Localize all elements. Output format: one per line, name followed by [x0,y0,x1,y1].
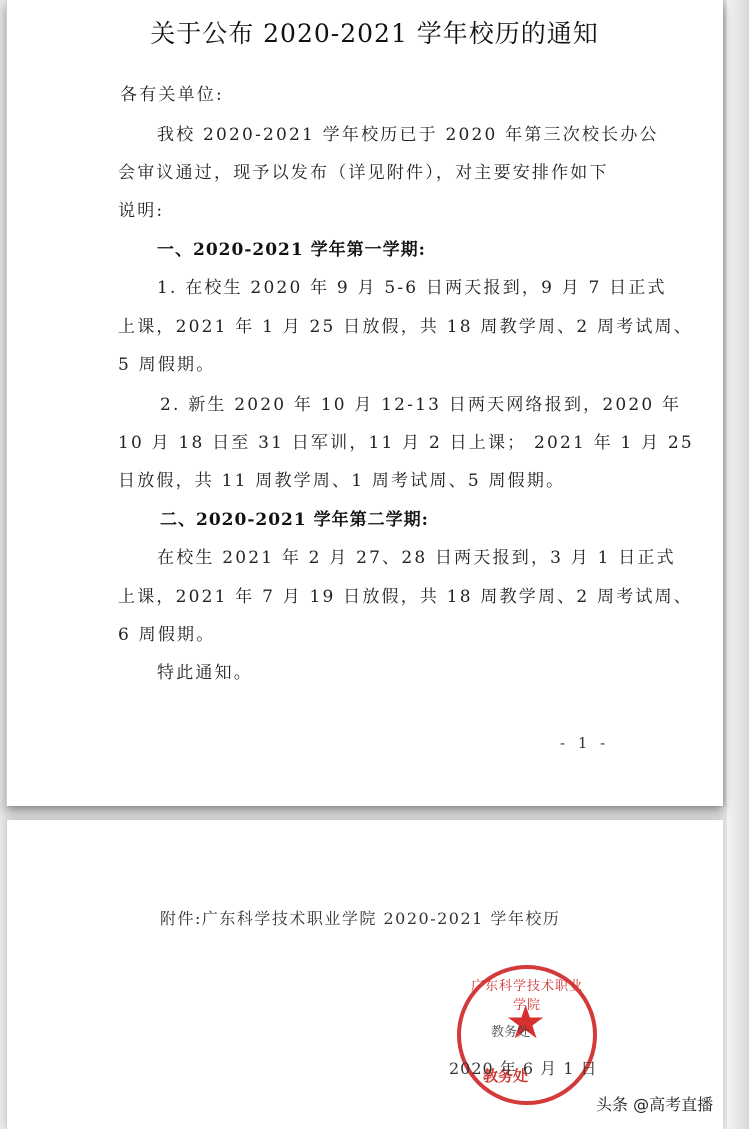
section1-item2-line-2: 10 月 18 日至 31 日军训，11 月 2 日上课； 2021 年 1 月… [118,428,694,453]
section1-item2-line-1: 2. 新生 2020 年 10 月 12-13 日两天网络报到，2020 年 [160,390,681,415]
document-page-2 [6,820,723,1129]
section1-item1-line-3: 5 周假期。 [118,350,215,375]
section1-item1-line-1: 1. 在校生 2020 年 9 月 5-6 日两天报到，9 月 7 日正式 [157,273,667,298]
source-watermark: 头条 @高考直播 [596,1092,713,1115]
intro-line-2: 会审议通过，现予以发布（详见附件），对主要安排作如下 [118,158,609,183]
issue-date: 2020 年 6 月 1 日 [449,1056,598,1079]
seal-center-text: 教务处 [491,1021,530,1040]
section2-line-2: 上课，2021 年 7 月 19 日放假，共 18 周教学周、2 周考试周、 [118,582,693,607]
section2-line-1: 在校生 2021 年 2 月 27、28 日两天报到，3 月 1 日正式 [157,543,676,568]
intro-line-1: 我校 2020-2021 学年校历已于 2020 年第三次校长办公 [157,120,659,145]
attachment-title: 附件:广东科学技术职业学院 2020-2021 学年校历 [160,906,560,929]
official-seal: 广东科学技术职业学院 ★ 教务处 教务处 [457,965,597,1105]
salutation: 各有关单位: [120,80,224,105]
page-number: - 1 - [560,734,609,752]
section2-line-3: 6 周假期。 [118,620,215,645]
intro-line-3: 说明: [118,196,164,221]
section1-item1-line-2: 上课，2021 年 1 月 25 日放假，共 18 周教学周、2 周考试周、 [118,312,693,337]
section1-item2-line-3: 日放假，共 11 周教学周、1 周考试周、5 周假期。 [118,466,565,491]
closing-text: 特此通知。 [157,658,253,683]
section1-heading: 一、2020-2021 学年第一学期: [157,235,426,260]
page-edge-shadow [727,0,749,1129]
section2-heading: 二、2020-2021 学年第二学期: [160,505,429,530]
document-title: 关于公布 2020-2021 学年校历的通知 [0,14,749,50]
